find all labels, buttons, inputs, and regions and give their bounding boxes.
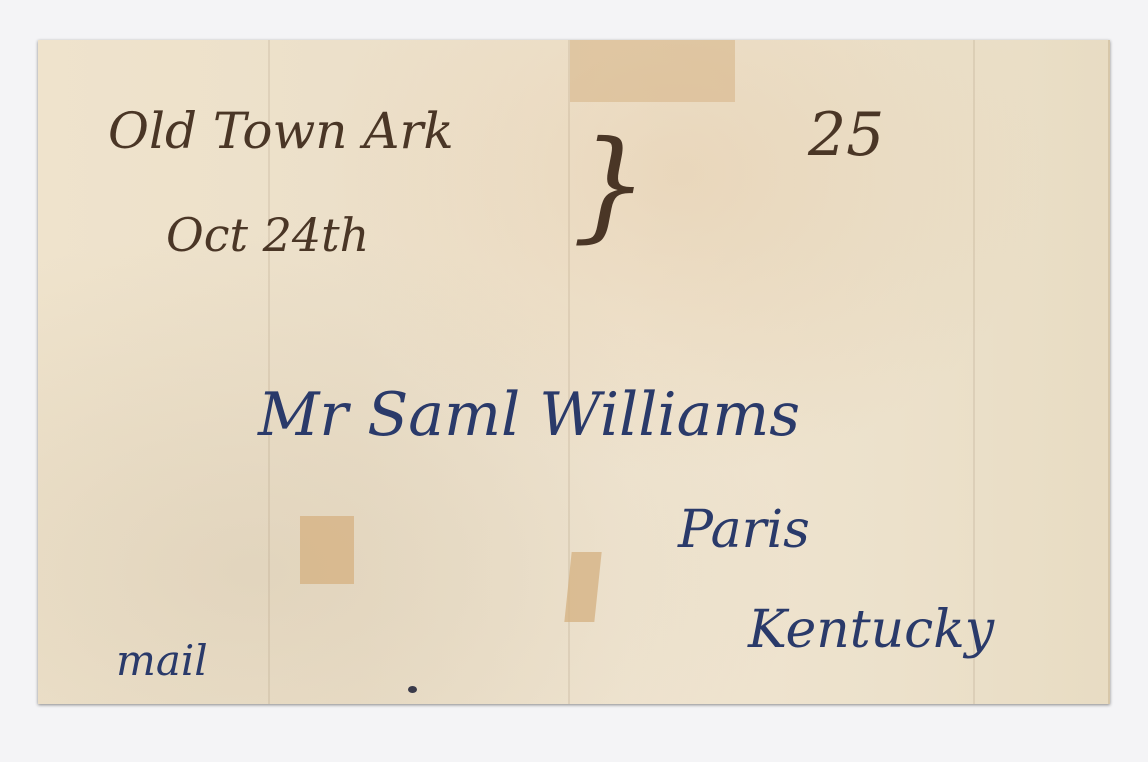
- ink-spot: [408, 686, 417, 693]
- wax-seal-stain: [570, 40, 735, 102]
- letter-cover: Old Town Ark Oct 24th } 25 Mr Saml Willi…: [38, 40, 1110, 704]
- postmark-town: Old Town Ark: [108, 102, 454, 160]
- endorsement-mail: mail: [116, 636, 208, 685]
- wax-seal-stain: [564, 552, 601, 622]
- brace-mark: }: [572, 126, 648, 246]
- address-state: Kentucky: [748, 600, 994, 660]
- wax-seal-stain: [300, 516, 354, 584]
- address-city: Paris: [678, 500, 810, 560]
- postmark-date: Oct 24th: [166, 208, 369, 262]
- postage-rate: 25: [808, 100, 884, 170]
- address-name: Mr Saml Williams: [258, 380, 800, 450]
